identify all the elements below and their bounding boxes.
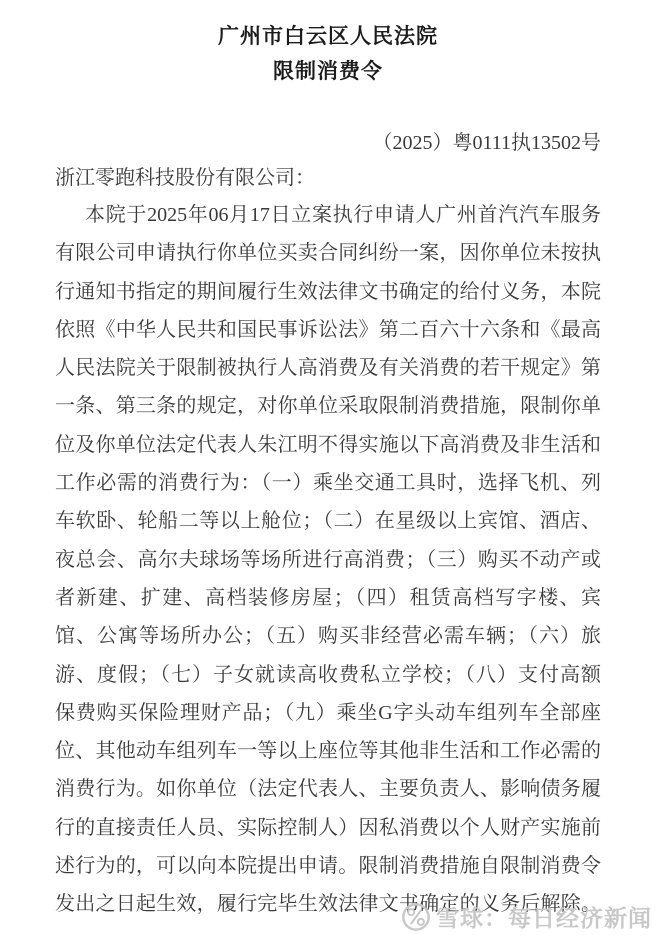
court-order-document: 广州市白云区人民法院 限制消费令 （2025）粤0111执13502号 浙江零跑… bbox=[0, 25, 657, 924]
watermark-label: 雪球：每日经济新闻 bbox=[436, 900, 652, 933]
body-line: 馆、公寓等场所办公；（五）购买非经营必需车辆；（六）旅 bbox=[55, 617, 601, 655]
document-title: 限制消费令 bbox=[55, 60, 601, 84]
document-page: 广州市白云区人民法院 限制消费令 （2025）粤0111执13502号 浙江零跑… bbox=[0, 0, 657, 939]
body-line: 者新建、扩建、高档装修房屋；（四）租赁高档写字楼、宾 bbox=[55, 579, 601, 617]
body-line: 夜总会、高尔夫球场等场所进行高消费；（三）购买不动产或 bbox=[55, 541, 601, 579]
body-line: 位及你单位法定代表人朱江明不得实施以下高消费及非生活和 bbox=[55, 426, 601, 464]
body-line: 保费购买保险理财产品；（九）乘坐G字头动车组列车全部座 bbox=[55, 694, 601, 732]
body-line: 行通知书指定的期间履行生效法律文书确定的给付义务，本院 bbox=[55, 273, 601, 311]
body-line: 本院于2025年06月17日立案执行申请人广州首汽汽车服务 bbox=[55, 196, 601, 234]
body-line: 游、度假；（七）子女就读高收费私立学校；（八）支付高额 bbox=[55, 656, 601, 694]
xueqiu-logo-icon bbox=[401, 902, 431, 932]
body-line: 行的直接责任人员、实际控制人）因私消费以个人财产实施前 bbox=[55, 809, 601, 847]
body-line: 依照《中华人民共和国民事诉讼法》第二百六十六条和《最高 bbox=[55, 311, 601, 349]
body-paragraph: 本院于2025年06月17日立案执行申请人广州首汽汽车服务 有限公司申请执行你单… bbox=[55, 196, 601, 924]
body-line: 消费行为。如你单位（法定代表人、主要负责人、影响债务履 bbox=[55, 770, 601, 808]
court-name-heading: 广州市白云区人民法院 bbox=[55, 25, 601, 49]
body-line: 车软卧、轮船二等以上舱位；（二）在星级以上宾馆、酒店、 bbox=[55, 502, 601, 540]
body-line: 工作必需的消费行为：（一）乘坐交通工具时，选择飞机、列 bbox=[55, 464, 601, 502]
body-line: 人民法院关于限制被执行人高消费及有关消费的若干规定》第 bbox=[55, 349, 601, 387]
watermark: 雪球：每日经济新闻 bbox=[401, 900, 652, 933]
body-line: 一条、第三条的规定，对你单位采取限制消费措施，限制你单 bbox=[55, 387, 601, 425]
body-line: 位、其他动车组列车一等以上座位等其他非生活和工作必需的 bbox=[55, 732, 601, 770]
addressee-line: 浙江零跑科技股份有限公司： bbox=[55, 166, 601, 190]
body-line: 述行为的，可以向本院提出申请。限制消费措施自限制消费令 bbox=[55, 847, 601, 885]
case-number: （2025）粤0111执13502号 bbox=[55, 131, 601, 155]
body-line: 有限公司申请执行你单位买卖合同纠纷一案，因你单位未按执 bbox=[55, 234, 601, 272]
